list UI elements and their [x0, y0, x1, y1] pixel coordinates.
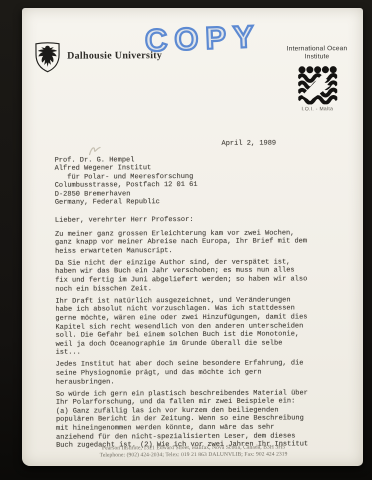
- paragraph: Da Sie nicht der einzige Author sind, de…: [55, 258, 341, 294]
- letter-page: Dalhousie University COPY International …: [22, 8, 363, 466]
- letter-date: April 2, 1989: [221, 140, 276, 148]
- letter-content: Dalhousie University COPY International …: [21, 7, 364, 467]
- paragraph: Zu meiner ganz grossen Erleichterung kam…: [55, 229, 341, 256]
- copy-stamp: COPY: [144, 19, 261, 60]
- footer-contact: Telephone: (902) 424-2034; Telex: 019 21…: [23, 451, 364, 460]
- ioi-caption: I.O.I. - Malta: [271, 106, 363, 112]
- handwritten-pencil-mark: [88, 143, 104, 155]
- salutation: Lieber, verehrter Herr Professor:: [55, 215, 341, 225]
- paragraph: Jedes Institut hat aber doch seine beson…: [56, 360, 342, 387]
- dalhousie-eagle-crest-icon: [35, 42, 60, 73]
- letterhead-footer: Pearson Institute, 1321 Edward Street, H…: [23, 444, 364, 460]
- paragraph: So würde ich gern ein plastisch beschrei…: [56, 389, 342, 451]
- ioi-waves-dove-logo-icon: [271, 65, 363, 104]
- recipient-address: Prof. Dr. G. Hempel Alfred Wegener Insti…: [55, 156, 198, 207]
- letter-body: Lieber, verehrter Herr Professor: Zu mei…: [55, 215, 342, 454]
- ioi-institute-name: International Ocean Institute: [271, 45, 363, 61]
- ioi-letterhead-block: International Ocean Institute I.O.I. - M…: [271, 45, 363, 112]
- paragraph: Ihr Draft ist natürlich ausgezeichnet, u…: [55, 296, 341, 358]
- scanned-letter-screenshot: { "stamp": { "label": "COPY", "color": "…: [0, 0, 372, 480]
